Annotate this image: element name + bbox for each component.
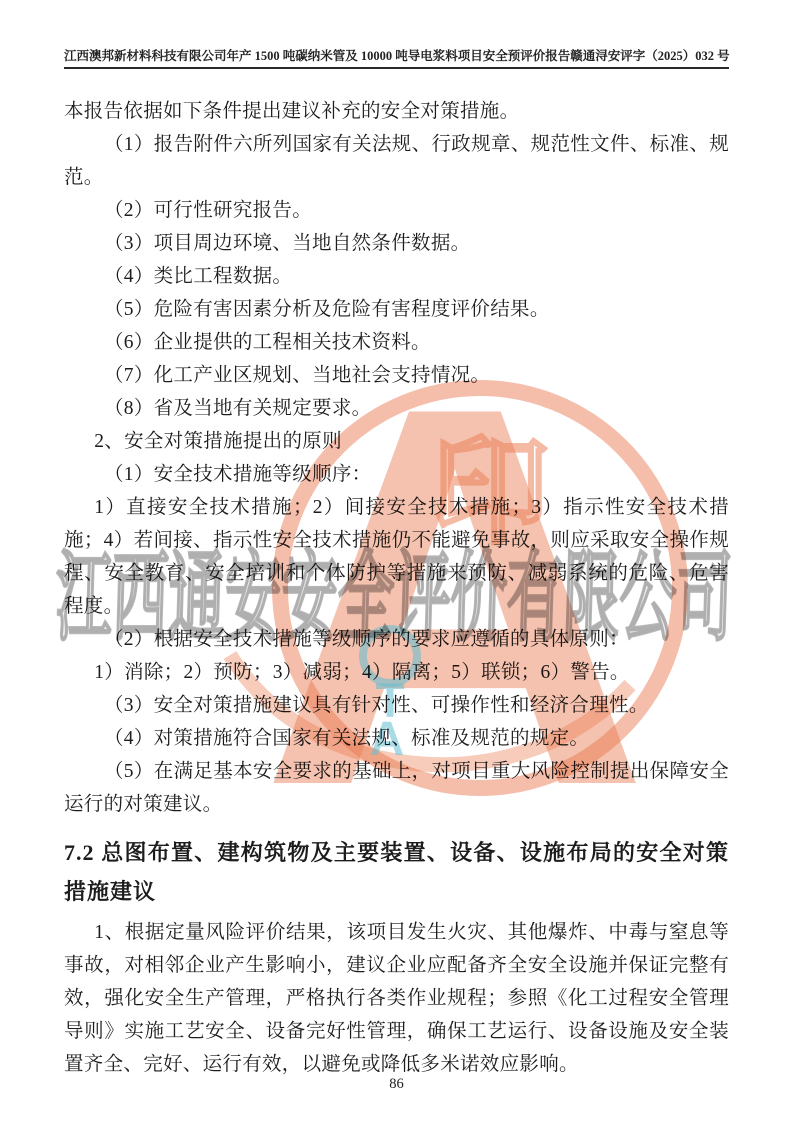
document-page: 江西澳邦新材料科技有限公司年产 1500 吨碳纳米管及 10000 吨导电浆料项… — [0, 0, 793, 1122]
paragraph: （6）企业提供的工程相关技术资料。 — [64, 326, 729, 359]
paragraph: 本报告依据如下条件提出建议补充的安全对策措施。 — [64, 95, 729, 128]
paragraph: （5）在满足基本安全要求的基础上，对项目重大风险控制提出保障安全运行的对策建议。 — [64, 755, 729, 821]
page-number: 86 — [0, 1076, 793, 1093]
paragraph: 1、根据定量风险评价结果，该项目发生火灾、其他爆炸、中毒与窒息等事故，对相邻企业… — [64, 916, 729, 1081]
running-header: 江西澳邦新材料科技有限公司年产 1500 吨碳纳米管及 10000 吨导电浆料项… — [64, 46, 729, 69]
paragraph: （2）可行性研究报告。 — [64, 194, 729, 227]
paragraph: （2）根据安全技术措施等级顺序的要求应遵循的具体原则： — [64, 623, 729, 656]
paragraph: （3）项目周边环境、当地自然条件数据。 — [64, 227, 729, 260]
paragraph: 1）直接安全技术措施；2）间接安全技术措施；3）指示性安全技术措施；4）若间接、… — [64, 491, 729, 623]
document-body: 本报告依据如下条件提出建议补充的安全对策措施。（1）报告附件六所列国家有关法规、… — [64, 95, 729, 1081]
paragraph: 2、安全对策措施提出的原则 — [64, 425, 729, 458]
paragraph: （5）危险有害因素分析及危险有害程度评价结果。 — [64, 293, 729, 326]
paragraph: （1）安全技术措施等级顺序： — [64, 458, 729, 491]
paragraph: （8）省及当地有关规定要求。 — [64, 392, 729, 425]
paragraph: （1）报告附件六所列国家有关法规、行政规章、规范性文件、标准、规范。 — [64, 128, 729, 194]
paragraph: （7）化工产业区规划、当地社会支持情况。 — [64, 359, 729, 392]
paragraph: （3）安全对策措施建议具有针对性、可操作性和经济合理性。 — [64, 689, 729, 722]
section-heading: 7.2 总图布置、建构筑物及主要装置、设备、设施布局的安全对策措施建议 — [64, 833, 729, 911]
paragraph: （4）类比工程数据。 — [64, 260, 729, 293]
paragraph: （4）对策措施符合国家有关法规、标准及规范的规定。 — [64, 722, 729, 755]
paragraph: 1）消除；2）预防；3）减弱；4）隔离；5）联锁；6）警告。 — [64, 656, 729, 689]
